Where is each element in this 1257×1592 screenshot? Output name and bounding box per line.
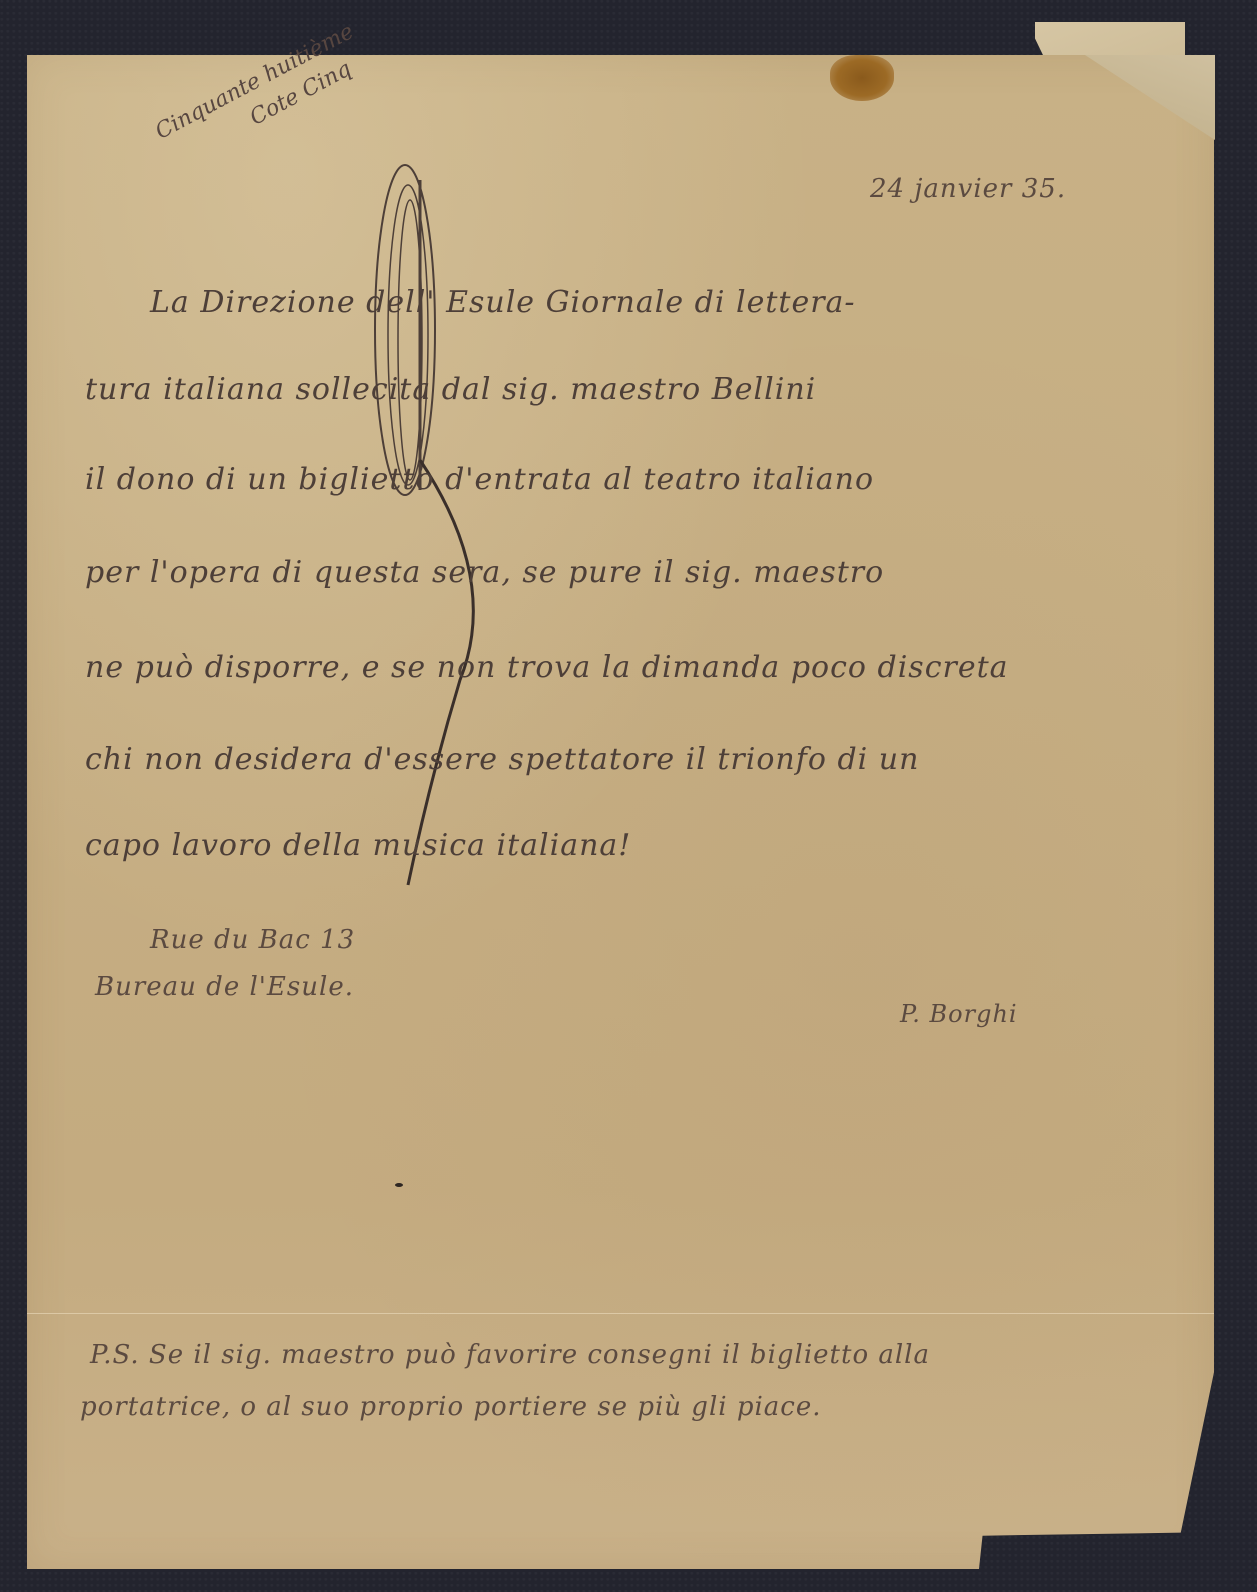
body-line: ne può disporre, e se non trova la diman…	[85, 650, 1009, 685]
postscript-line-1: P.S. Se il sig. maestro può favorire con…	[90, 1340, 930, 1370]
signature: P. Borghi	[900, 1000, 1018, 1028]
body-line: chi non desidera d'essere spettatore il …	[85, 742, 919, 777]
address-line-1: Rue du Bac 13	[150, 925, 355, 955]
wax-stain	[830, 55, 894, 101]
postscript-line-2: portatrice, o al suo proprio portiere se…	[80, 1392, 822, 1422]
body-line: tura italiana sollecita dal sig. maestro…	[85, 372, 816, 407]
address-line-2: Bureau de l'Esule.	[95, 972, 354, 1002]
body-line: La Direzione dell' Esule Giornale di let…	[150, 285, 856, 320]
paper-fold-line	[27, 1313, 1214, 1314]
letter-date: 24 janvier 35.	[870, 174, 1066, 204]
body-line: capo lavoro della musica italiana!	[85, 828, 631, 863]
ink-dot	[395, 1183, 403, 1187]
body-line: per l'opera di questa sera, se pure il s…	[85, 555, 884, 590]
body-line: il dono di un biglietto d'entrata al tea…	[85, 462, 874, 497]
